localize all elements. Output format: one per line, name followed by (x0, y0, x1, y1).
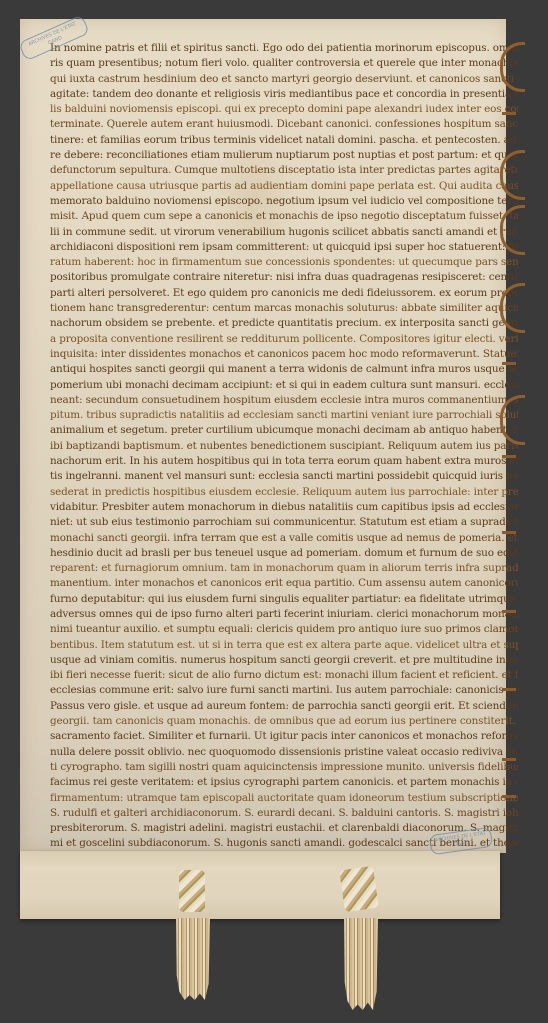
charter-line: ibi fieri necesse fuerit: sicut de alio … (50, 668, 518, 683)
charter-line: nachorum erit. In his autem hospitibus q… (50, 454, 518, 469)
charter-line: memorato balduino noviomensi episcopo. n… (50, 194, 518, 209)
marginal-stroke-icon (502, 688, 516, 691)
charter-line: tionem hanc transgrederentur: centum mar… (50, 301, 518, 316)
charter-line: nulla delere possit oblivio. nec quoquom… (50, 745, 518, 760)
charter-line: misit. Apud quem cum sepe a canonicis et… (50, 209, 518, 224)
charter-line: ratum haberent: hoc in firmamentum sue c… (50, 255, 518, 270)
charter-line: sederat in predictis hospitibus eiusdem … (50, 485, 518, 500)
archive-stamp-bottom-text: ARCHIVES DE L'ETAT GAND (435, 830, 487, 847)
charter-line: hesdinio ducit ad brasli per bus teneuel… (50, 546, 518, 561)
charter-line: S. rudulfi et galteri archidiaconorum. S… (50, 806, 518, 821)
charter-line: tis ingelranni. manent vel mansuri sunt:… (50, 469, 518, 484)
left-seal-cord-knot-icon (179, 870, 205, 912)
parchment-charter: In nomine patris et filii et spiritus sa… (20, 19, 506, 853)
charter-line: parti alteri persolveret. Et ego quidem … (50, 286, 518, 301)
charter-line: reparent: et furnagiorum omnium. tam in … (50, 561, 518, 576)
parchment-fold (20, 851, 500, 919)
charter-line: appellatione causa utriusque partis ad a… (50, 179, 518, 194)
charter-line: terminate. Querele autem erant huiusmodi… (50, 117, 518, 132)
charter-line: monachi sancti georgii. infra terram que… (50, 531, 518, 546)
charter-line: tinere: et familias eorum tribus termini… (50, 133, 518, 148)
charter-line: facimus rei geste veritatem: et ipsius c… (50, 775, 518, 790)
charter-line: neant: secundum consuetudinem hospitum e… (50, 393, 518, 408)
marginal-stroke-icon (502, 112, 516, 115)
charter-line: manentium. inter monachos et canonicos e… (50, 576, 518, 591)
charter-line: firmamentum: utramque tam episcopali auc… (50, 791, 518, 806)
charter-line: pitum. tribus supradictis natalitiis ad … (50, 408, 518, 423)
charter-line: defunctorum sepultura. Cumque multotiens… (50, 163, 518, 178)
charter-line: lis balduini noviomensis episcopi. qui e… (50, 102, 518, 117)
charter-line: qui iuxta castrum hesdinium deo et sanct… (50, 72, 518, 87)
marginal-stroke-icon (502, 795, 516, 798)
marginal-stroke-icon (502, 362, 516, 365)
charter-line: antiqui hospites sancti georgii qui mane… (50, 362, 518, 377)
charter-line: lii in commune sedit. ut virorum venerab… (50, 225, 518, 240)
marginal-stroke-icon (502, 531, 516, 534)
charter-line: pomerium ubi monachi decimam accipiunt: … (50, 378, 518, 393)
charter-line: a proposita conventione resilirent se re… (50, 332, 518, 347)
charter-line: bentibus. Item statutum est. ut si in te… (50, 638, 518, 653)
charter-line: niet: ut sub eius testimonio parrochiam … (50, 515, 518, 530)
charter-line: furno deputabitur: qui ius eiusdem furni… (50, 592, 518, 607)
right-seal-cord-tassel-icon (344, 918, 378, 1010)
charter-line: ti cyrographo. tam sigilli nostri quam a… (50, 760, 518, 775)
charter-line: agitate: tandem deo donante et religiosi… (50, 87, 518, 102)
charter-text: In nomine patris et filii et spiritus sa… (50, 41, 518, 867)
charter-line: ris quam presentibus; notum fieri volo. … (50, 56, 518, 71)
charter-line: archidiaconi dispositioni rem ipsam comm… (50, 240, 518, 255)
charter-line: vidabitur. Presbiter autem monachorum in… (50, 500, 518, 515)
charter-line: adversus omnes qui de ipso furno alteri … (50, 607, 518, 622)
charter-line: inquisita: inter dissidentes monachos et… (50, 347, 518, 362)
charter-line: Passus vero gisle. et usque ad aureum fo… (50, 699, 518, 714)
charter-line: georgii. tam canonicis quam monachis. de… (50, 714, 518, 729)
charter-line: animalium et segetum. preter curtilium u… (50, 423, 518, 438)
right-seal-cord-knot-icon (339, 866, 379, 912)
charter-line: In nomine patris et filii et spiritus sa… (50, 41, 518, 56)
charter-line: ibi baptizandi baptismum. et nubentes be… (50, 439, 518, 454)
marginal-stroke-icon (502, 455, 516, 458)
marginal-stroke-icon (502, 610, 516, 613)
charter-line: nimi tueantur auxilio. et sumptu equali:… (50, 622, 518, 637)
charter-line: ecclesias commune erit: salvo iure furni… (50, 683, 518, 698)
charter-line: nachorum obsidem se prebente. et predict… (50, 316, 518, 331)
charter-line: positoribus promulgate contraire niteret… (50, 270, 518, 285)
marginal-stroke-icon (502, 758, 516, 761)
document-viewer: In nomine patris et filii et spiritus sa… (0, 0, 548, 1023)
left-seal-cord-tassel-icon (176, 918, 210, 1000)
charter-line: re debere: reconciliationes etiam mulier… (50, 148, 518, 163)
charter-line: sacramento faciet. Similiter et furnarii… (50, 729, 518, 744)
charter-line: usque ad viniam comitis. numerus hospitu… (50, 653, 518, 668)
